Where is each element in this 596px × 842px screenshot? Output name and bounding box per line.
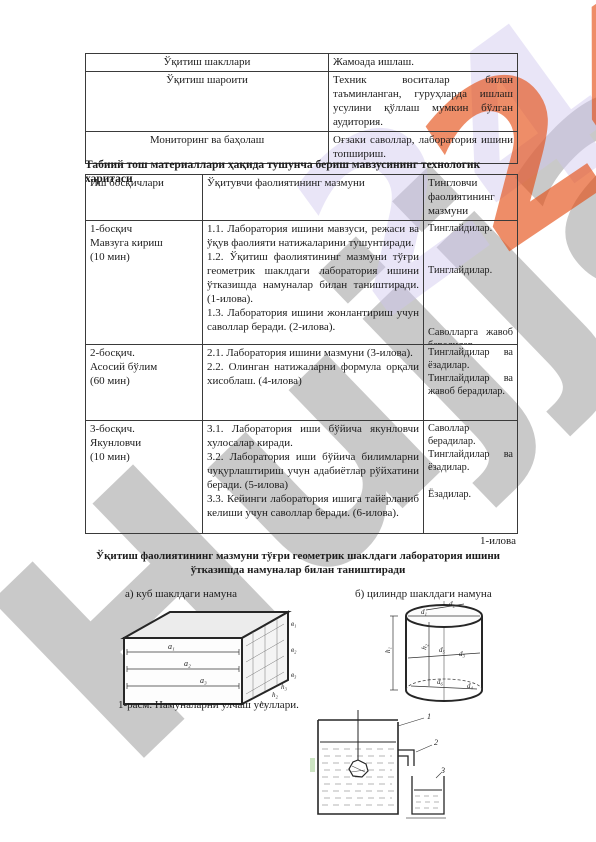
annex-title: Ўқитиш фаолиятининг мазмуни тўғри геомет… <box>68 549 528 577</box>
stage-cell-1: 1-босқич Мавзуга кириш (10 мин) <box>86 221 203 345</box>
teacher-item: 3.2. Лаборатория иши бўйича билимларни ч… <box>207 450 419 492</box>
listener-item: Саволлар берадилар. <box>428 422 513 448</box>
tech-map-table: Иш босқичлари Ўқитувчи фаолиятининг мазм… <box>85 174 518 534</box>
cube-label-h3: h₃ <box>281 683 288 691</box>
cyl-label-d3: d₃ <box>459 650 466 658</box>
cube-label-a3: a₃ <box>200 676 207 685</box>
figure-caption: 1-расм. Намуналарни улчаш усуллари. <box>118 699 299 711</box>
info-row-label: Ўқитиш шароити <box>86 72 329 132</box>
listener-cell-3: Саволлар берадилар. Тинглайдилар ва ёзад… <box>424 421 517 533</box>
listener-item: Саволларга жавоб берадилар. <box>428 326 513 345</box>
cylinder-figure: d₂ d₁ h₁ h₂ d₅ d₃ d₆ d₄ <box>381 598 503 710</box>
info-row-value: Жамоада ишлаш. <box>329 54 517 72</box>
cyl-label-d2: d₂ <box>449 600 456 608</box>
figure-a-label: а) куб шаклдаги намуна <box>125 588 237 600</box>
listener-item: Тинглайдилар. <box>428 264 513 277</box>
cyl-label-h2: h₂ <box>420 643 429 651</box>
page-content: Ўқитиш шакллари Жамоада ишлаш. Ўқитиш ша… <box>0 0 596 842</box>
listener-item: Тинглайдилар ва ёзадилар. <box>428 346 513 372</box>
cube-label-b2: в₂ <box>291 646 297 654</box>
annex-label: 1-илова <box>85 535 516 547</box>
apparatus-figure: 1 2 3 <box>296 710 446 832</box>
cyl-label-d1: d₁ <box>421 608 427 616</box>
stage-cell-2: 2-босқич. Асосий бўлим (60 мин) <box>86 345 203 421</box>
cyl-label-d6: d₆ <box>437 678 444 686</box>
apparatus-label-1: 1 <box>427 712 431 721</box>
listener-cell-1: Тинглайдилар. Тинглайдилар. Саволларга ж… <box>424 221 517 345</box>
cube-figure: a₁ a₂ a₃ в₁ в₂ в₃ h₃ h₂ h₁ <box>112 602 304 708</box>
teacher-item: 1.3. Лаборатория ишини жонлантириш учун … <box>207 306 419 334</box>
stage-cell-3: 3-босқич. Якунловчи (10 мин) <box>86 421 203 533</box>
apparatus-label-3: 3 <box>440 766 445 775</box>
cyl-label-d5: d₅ <box>439 646 446 654</box>
listener-item: Тинглайдилар. <box>428 222 513 235</box>
apparatus-label-2: 2 <box>434 738 438 747</box>
teacher-item: 3.3. Кейинги лаборатория ишига тайёрлани… <box>207 492 419 520</box>
listener-item: Тинглайдилар ва ёзадилар. <box>428 448 513 474</box>
info-row-value: Техник воситалар билан таъминланган, гур… <box>329 72 517 132</box>
cube-label-h2: h₂ <box>272 691 279 699</box>
column-header-listener: Тингловчи фаолиятининг мазмуни <box>424 175 517 221</box>
teacher-item: 1.1. Лаборатория ишини мавзуси, режаси в… <box>207 222 419 250</box>
cyl-label-h1: h₁ <box>384 647 392 653</box>
teacher-cell-3: 3.1. Лаборатория иши бўйича якунловчи ху… <box>203 421 424 533</box>
info-row-label: Ўқитиш шакллари <box>86 54 329 72</box>
column-header-stages: Иш босқичлари <box>86 175 203 221</box>
listener-cell-2: Тинглайдилар ва ёзадилар. Тинглайдилар в… <box>424 345 517 421</box>
cube-label-b1: в₁ <box>291 620 296 628</box>
cube-label-a1: a₁ <box>168 642 175 651</box>
teacher-item: 2.1. Лаборатория ишини мазмуни (3-илова)… <box>207 346 419 360</box>
cube-label-a2: a₂ <box>184 659 191 668</box>
teacher-item: 1.2. Ўқитиш фаолиятининг мазмуни тўғри г… <box>207 250 419 306</box>
document-page: Hujjat 24 24 Ўқитиш шакллари Жамоада ишл… <box>0 0 596 842</box>
teacher-cell-1: 1.1. Лаборатория ишини мавзуси, режаси в… <box>203 221 424 345</box>
teacher-item: 3.1. Лаборатория иши бўйича якунловчи ху… <box>207 422 419 450</box>
listener-item: Тинглайдилар ва жавоб берадилар. <box>428 372 513 398</box>
teacher-item: 2.2. Олинган натижаларни формула орқали … <box>207 360 419 388</box>
column-header-teacher: Ўқитувчи фаолиятининг мазмуни <box>203 175 424 221</box>
teacher-cell-2: 2.1. Лаборатория ишини мазмуни (3-илова)… <box>203 345 424 421</box>
pencil-mark <box>310 758 315 772</box>
listener-item: Ёзадилар. <box>428 488 513 501</box>
course-info-table: Ўқитиш шакллари Жамоада ишлаш. Ўқитиш ша… <box>85 53 518 164</box>
cube-label-b3: в₃ <box>291 671 297 679</box>
cyl-label-d4: d₄ <box>467 682 474 690</box>
